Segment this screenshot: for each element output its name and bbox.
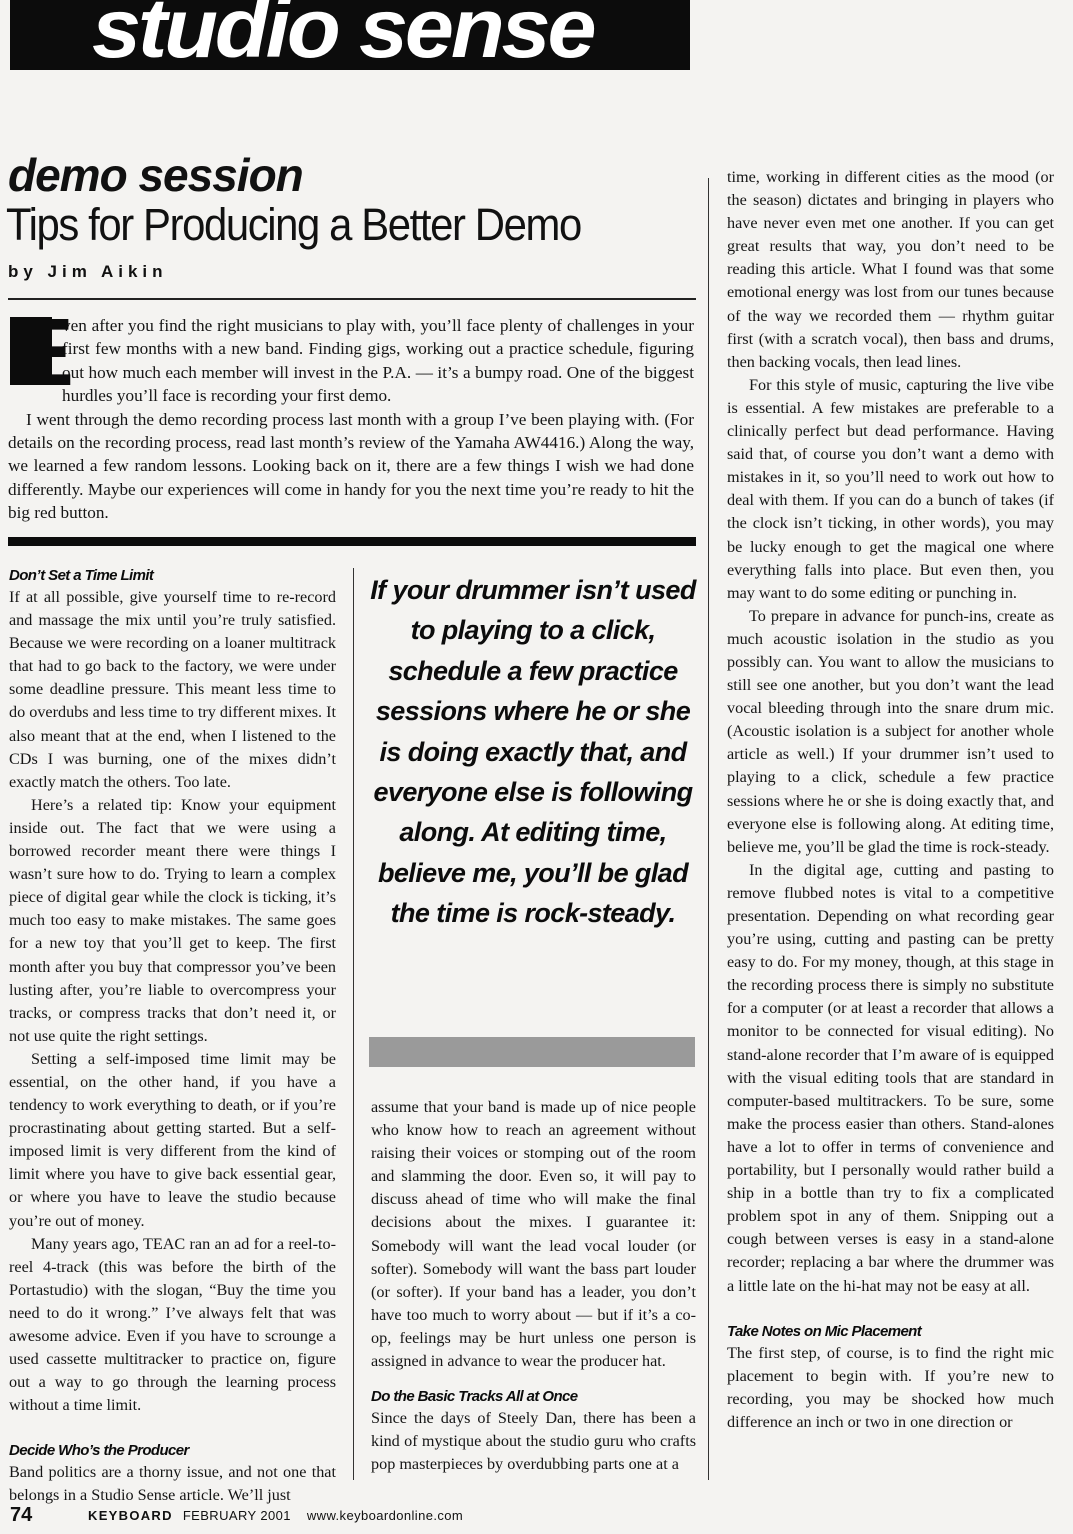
intro-divider (8, 537, 696, 546)
article-title: Tips for Producing a Better Demo (6, 202, 581, 247)
body-paragraph: Many years ago, TEAC ran an ad for a ree… (9, 1233, 336, 1418)
section-heading: Don’t Set a Time Limit (9, 566, 336, 586)
column-divider (708, 178, 709, 1480)
body-paragraph: In the digital age, cutting and pasting … (727, 859, 1054, 1298)
intro-paragraph: Even after you find the right musicians … (8, 314, 694, 408)
issue-date: FEBRUARY 2001 (183, 1508, 291, 1523)
body-paragraph: Setting a self-imposed time limit may be… (9, 1048, 336, 1233)
section-heading: Decide Who’s the Producer (9, 1441, 336, 1461)
column-left: Don’t Set a Time Limit If at all possibl… (9, 566, 336, 1508)
pull-quote: If your drummer isn’t used to playing to… (368, 570, 698, 934)
website-link[interactable]: www.keyboardonline.com (307, 1508, 463, 1523)
pull-quote-bar (369, 1037, 695, 1067)
article-byline: by Jim Aikin (8, 262, 168, 282)
body-paragraph: time, working in different cities as the… (727, 166, 1054, 374)
magazine-name: KEYBOARD (88, 1508, 173, 1523)
body-paragraph: To prepare in advance for punch-ins, cre… (727, 605, 1054, 859)
column-middle: assume that your band is made up of nice… (371, 1096, 696, 1476)
body-paragraph: The first step, of course, is to find th… (727, 1342, 1054, 1434)
section-title: studio sense (92, 0, 593, 70)
body-paragraph: If at all possible, give yourself time t… (9, 586, 336, 794)
section-heading: Do the Basic Tracks All at Once (371, 1387, 696, 1407)
drop-cap: E (10, 317, 52, 385)
body-paragraph: Band politics are a thorny issue, and no… (9, 1461, 336, 1507)
section-masthead: studio sense (10, 0, 690, 70)
column-right: time, working in different cities as the… (727, 166, 1054, 1434)
page-number: 74 (10, 1504, 32, 1527)
body-paragraph: Since the days of Steely Dan, there has … (371, 1407, 696, 1476)
page-footer: KEYBOARD FEBRUARY 2001 www.keyboardonlin… (88, 1508, 463, 1523)
body-paragraph: assume that your band is made up of nice… (371, 1096, 696, 1373)
byline-divider (8, 298, 696, 300)
body-paragraph: For this style of music, capturing the l… (727, 374, 1054, 605)
body-paragraph: Here’s a related tip: Know your equipmen… (9, 794, 336, 1048)
section-heading: Take Notes on Mic Placement (727, 1322, 1054, 1342)
article-kicker: demo session (8, 152, 303, 198)
article-intro: Even after you find the right musicians … (8, 314, 694, 525)
column-divider (353, 568, 354, 1480)
intro-paragraph: I went through the demo recording proces… (8, 408, 694, 525)
